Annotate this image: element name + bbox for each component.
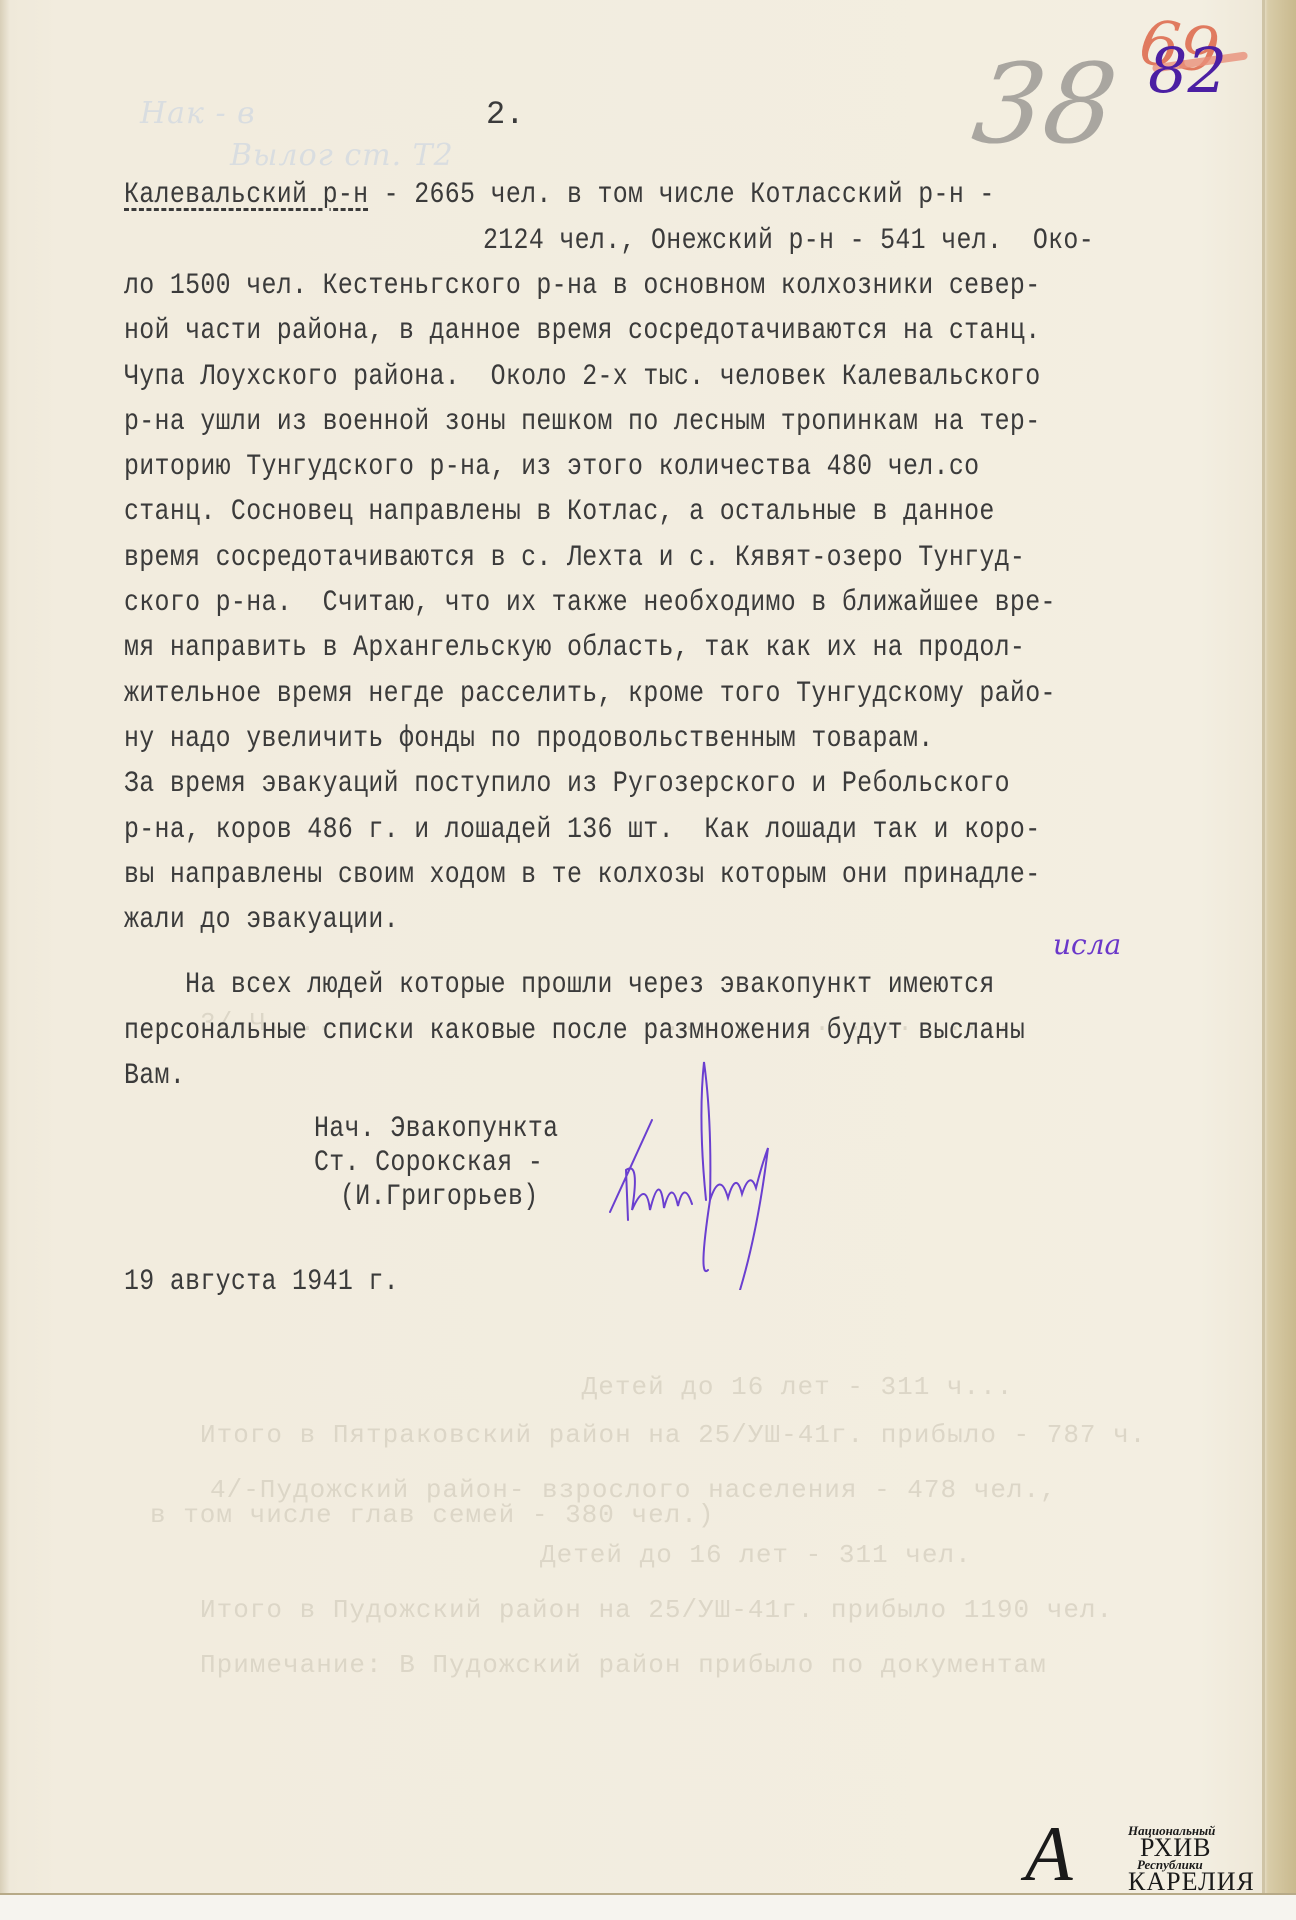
text-line-1: Калевальский р-н - 2665 чел. в том числе… (124, 175, 995, 215)
bleed-through-text: Детей до 16 лет - 311 чел. (540, 1540, 972, 1570)
text-line-6: р-на ушли из военной зоны пешком по лесн… (124, 402, 1040, 442)
signatory-title-1: Нач. Эвакопункта (314, 1112, 558, 1146)
document-date: 19 августа 1941 г. (124, 1262, 399, 1302)
text-line-12: жительное время негде расселить, кроме т… (124, 674, 1056, 714)
sheet-edge (1262, 0, 1265, 1920)
text-line-17: жали до эвакуации. (124, 900, 399, 940)
text-line-15: р-на, коров 486 г. и лошадей 136 шт. Как… (124, 810, 1040, 850)
signature-icon (580, 1060, 800, 1290)
text-line-10: ского р-на. Считаю, что их также необход… (124, 583, 1056, 623)
bleed-through-text: Вылог ст. Т2 (230, 138, 454, 173)
text-line-11: мя направить в Архангельскую область, та… (124, 628, 1025, 668)
bleed-through-text: Итого в Пятраковский район на 25/УШ-41г.… (200, 1420, 1146, 1450)
text-line-5: Чупа Лоухского района. Около 2-х тыс. че… (124, 357, 1040, 397)
text-line-8: станц. Сосновец направлены в Котлас, а о… (124, 492, 995, 532)
torn-paper-edge (0, 1893, 1296, 1920)
text-line-2: 2124 чел., Онежский р-н - 541 чел. Око- (483, 221, 1094, 261)
district-heading: Калевальский р-н (124, 178, 368, 212)
text-line-19: персональные списки каковые после размно… (124, 1011, 1025, 1051)
signatory-name: (И.Григорьев) (340, 1180, 539, 1214)
text-line-9: время сосредотачиваются в с. Лехта и с. … (124, 538, 1025, 578)
text-line-20: Вам. (124, 1056, 185, 1096)
logo-initial: А (1025, 1815, 1073, 1893)
bleed-through-text: Примечание: В Пудожский район прибыло по… (200, 1650, 1047, 1680)
bleed-through-text: Детей до 16 лет - 311 ч... (150, 1372, 1013, 1402)
archive-pencil-number: 38 (966, 40, 1124, 168)
text-line-16: вы направлены своим ходом в те колхозы к… (124, 855, 1040, 895)
text-line-14: За время эвакуаций поступило из Ругозерс… (124, 764, 1010, 804)
bleed-through-text: Итого в Пудожский район на 25/УШ-41г. пр… (200, 1595, 1113, 1625)
text-line-7: риторию Тунгудского р-на, из этого колич… (124, 447, 979, 487)
signatory-title-2: Ст. Сорокская - (314, 1146, 543, 1180)
archive-logo: А Национальный РХИВ Республики КАРЕЛИЯ (1025, 1815, 1275, 1895)
text-line-18: На всех людей которые прошли через эвако… (124, 965, 995, 1005)
text-line-4: ной части района, в данное время сосредо… (124, 311, 1040, 351)
handwritten-correction: исла (1053, 928, 1121, 961)
archive-folio-number: 82 (1148, 34, 1227, 107)
bleed-through-text: в том числе глав семей - 380 чел.) (150, 1500, 715, 1530)
document-page: Нак - в Вылог ст. Т2 3/-Ч..... ...... ..… (0, 0, 1296, 1920)
page-number: 2. (486, 96, 524, 133)
bleed-through-text: Нак - в (140, 96, 256, 131)
text-line-13: ну надо увеличить фонды по продовольстве… (124, 719, 934, 759)
text-line-3: ло 1500 чел. Кестеньгского р-на в основн… (124, 266, 1040, 306)
